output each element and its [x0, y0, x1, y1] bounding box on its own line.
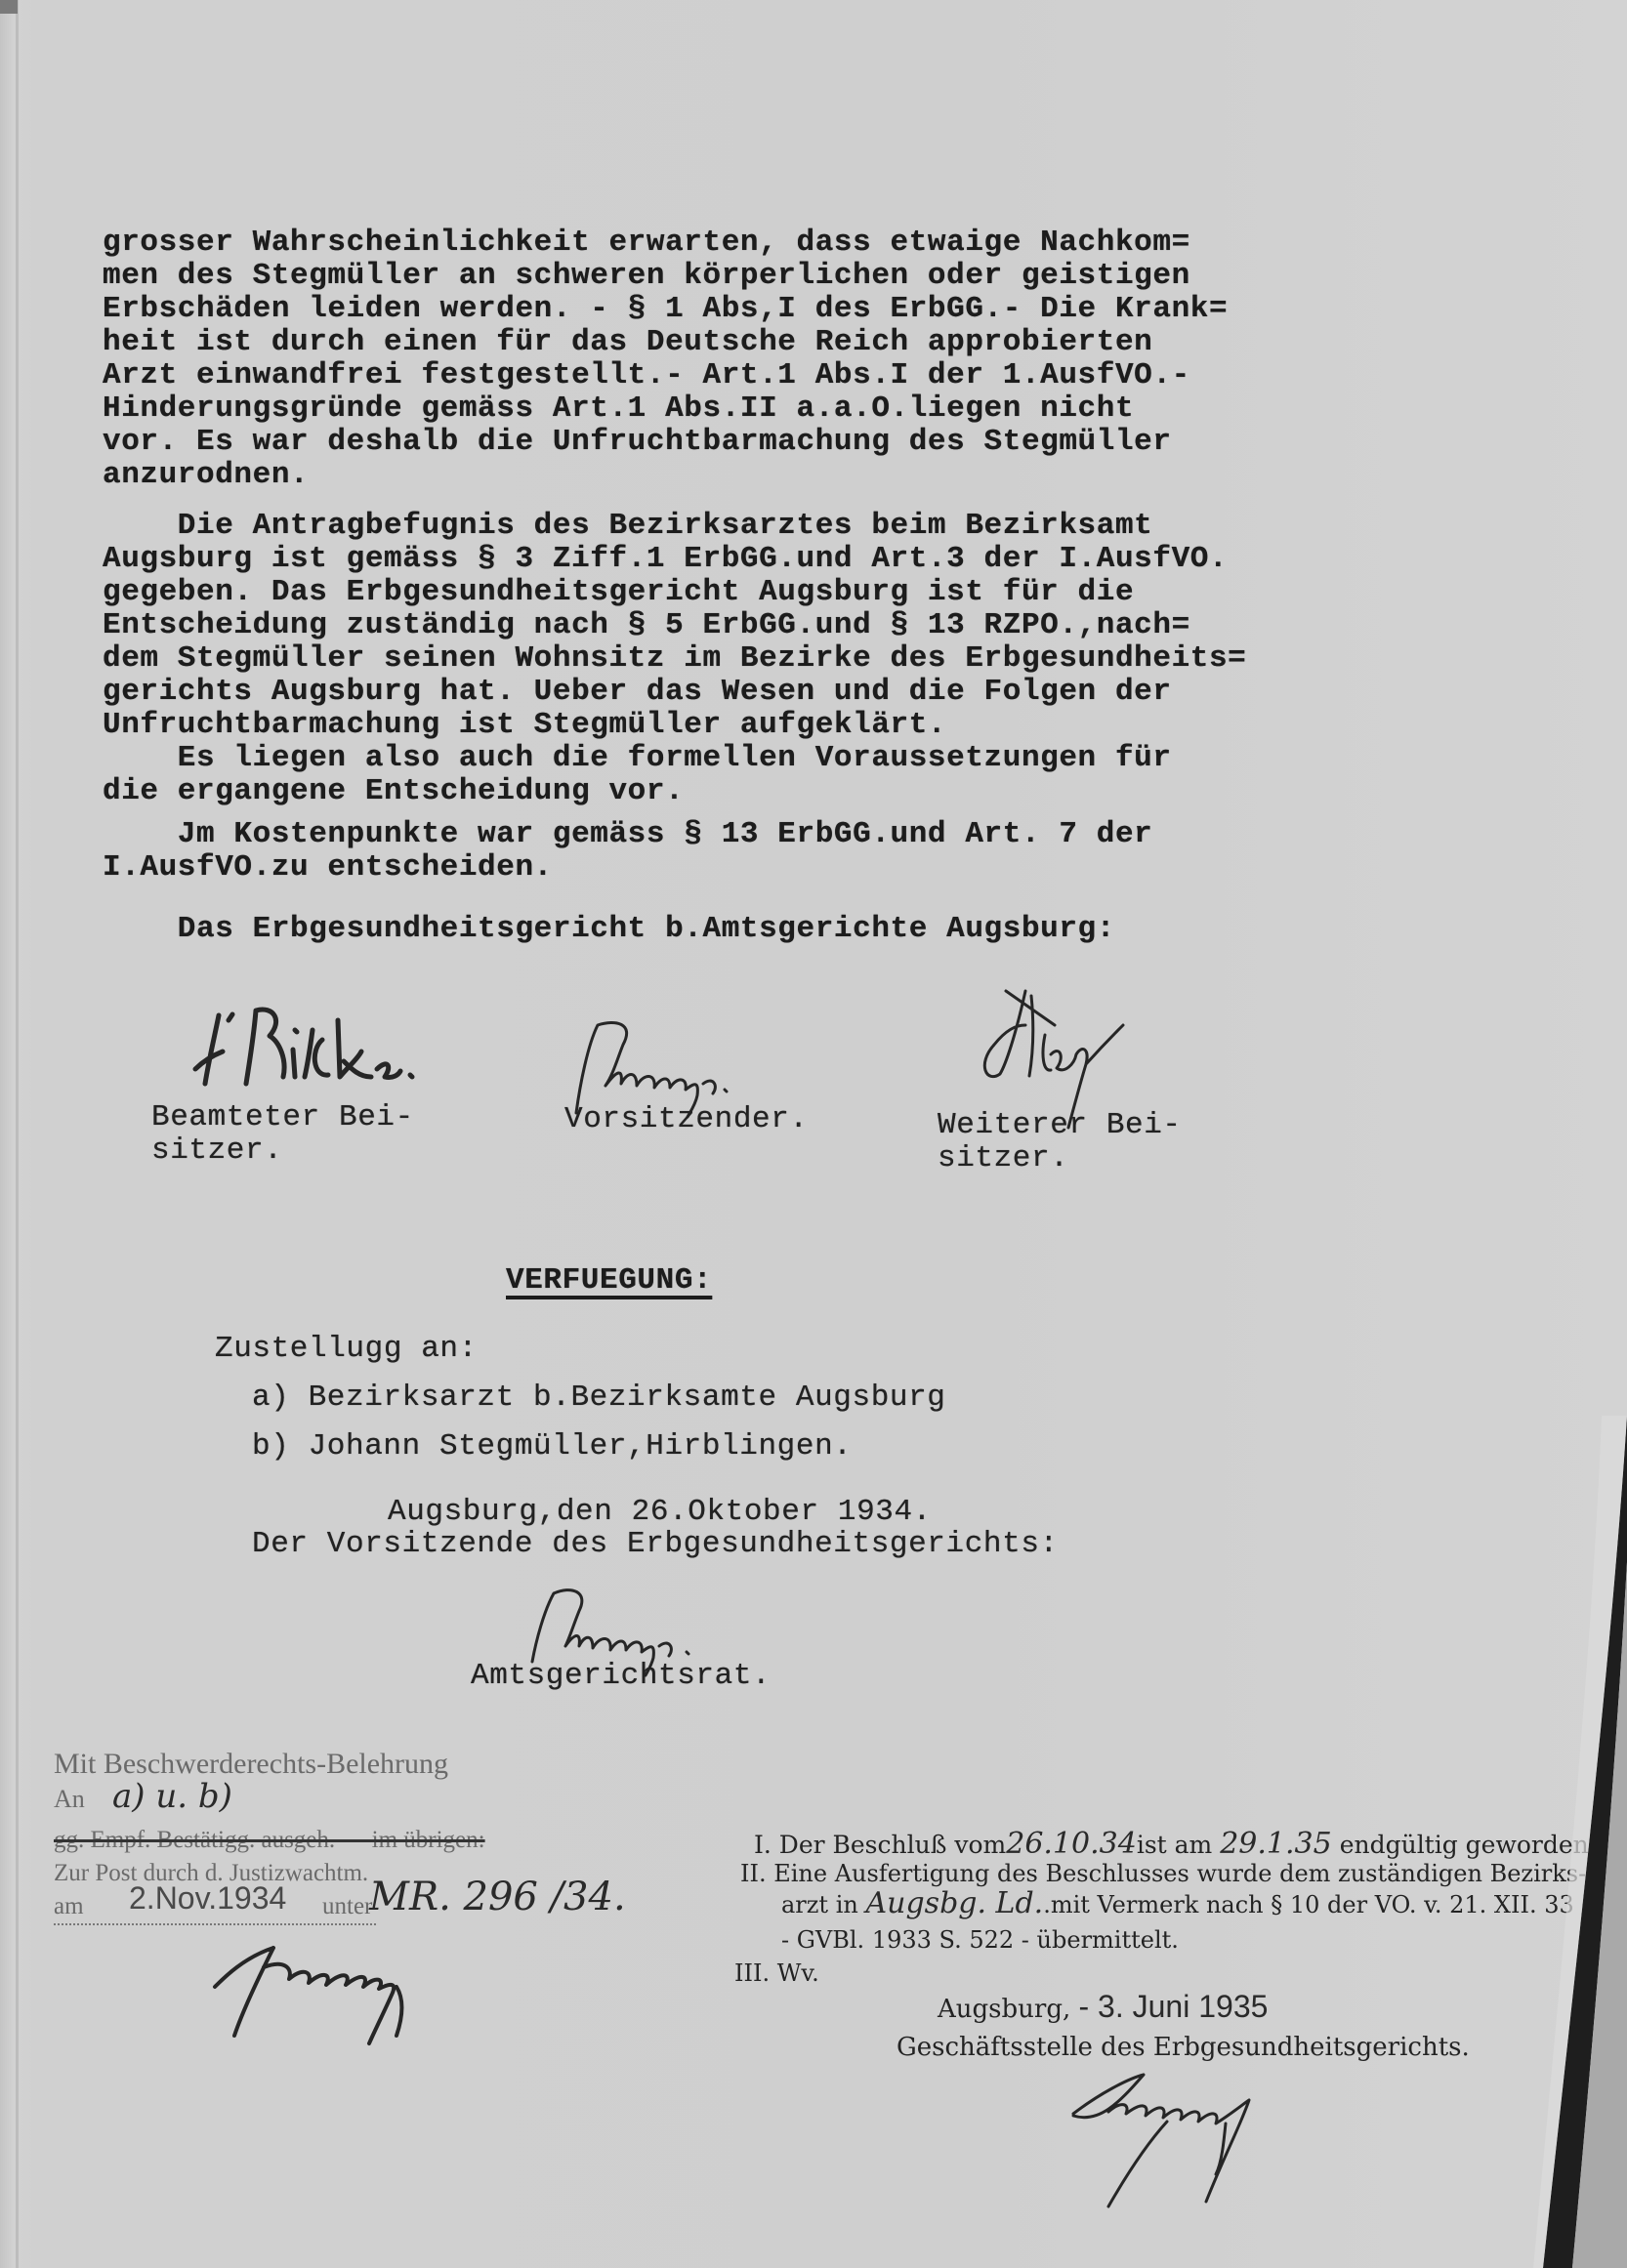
decision-date: Augsburg,den 26.Oktober 1934. [388, 1496, 932, 1529]
signature-ammann-verfuegung [522, 1582, 757, 1670]
signer-line: Der Vorsitzende des Erbgesundheitsgerich… [252, 1528, 1059, 1561]
text-line: Entscheidung zuständig nach § 5 ErbGG.un… [103, 609, 1190, 642]
document-page: grosser Wahrscheinlichkeit erwarten, das… [0, 0, 1627, 2268]
text-line: Jm Kostenpunkte war gemäss § 13 ErbGG.un… [103, 818, 1152, 851]
line-II-b-prefix: arzt in [781, 1891, 858, 1918]
signatory-role: Vorsitzender. [564, 1103, 809, 1136]
date-stamp: - 3. Juni 1935 [1079, 1989, 1269, 2024]
line-II-b-suffix: .mit Vermerk nach § 10 der VO. v. 21. XI… [1043, 1891, 1574, 1918]
scan-corner-mark [0, 0, 18, 14]
text-line: Erbschäden leiden werden. - § 1 Abs,I de… [103, 293, 1228, 326]
court-designation: Das Erbgesundheitsgericht b.Amtsgerichte… [103, 913, 1115, 946]
text-line: die ergangene Entscheidung vor. [103, 775, 684, 808]
signatory-role: Beamteter Bei- [151, 1101, 414, 1134]
place-prefix: Augsburg, [938, 1995, 1070, 2024]
stamp-place: Augsburg, - 3. Juni 1935 [938, 1992, 1268, 2024]
text-line: gerichts Augsburg hat. Ueber das Wesen u… [103, 676, 1172, 709]
text-line: Unfruchtbarmachung ist Stegmüller aufgek… [103, 709, 946, 742]
handwritten-date: 26.10.34 [1006, 1827, 1137, 1861]
line-I-prefix: I. Der Beschluß vom [754, 1831, 1006, 1859]
text-line: men des Stegmüller an schweren körperlic… [103, 260, 1190, 293]
signatory-role: sitzer. [151, 1134, 282, 1168]
stamp-line-II-c: - GVBl. 1933 S. 522 - übermittelt. [781, 1925, 1179, 1955]
text-line: anzurodnen. [103, 459, 309, 492]
stamp-line: Mit Beschwerderechts-Belehrung [54, 1748, 448, 1781]
line-I-mid: ist am [1137, 1831, 1212, 1859]
text-line: heit ist durch einen für das Deutsche Re… [103, 326, 1152, 359]
stamp-unter-label: unter [322, 1890, 372, 1923]
signatory-role: Weiterer Bei- [938, 1109, 1182, 1142]
text-line: Augsburg ist gemäss § 3 Ziff.1 ErbGG.und… [103, 543, 1228, 576]
text-line: Hinderungsgründe gemäss Art.1 Abs.II a.a… [103, 392, 1134, 426]
handwritten-date: 29.1.35 [1220, 1827, 1332, 1861]
text-line: vor. Es war deshalb die Unfruchtbarmachu… [103, 426, 1172, 459]
stamp-line-I: I. Der Beschluß vom26.10.34ist am 29.1.3… [754, 1830, 1597, 1860]
handwritten-location: Augsbg. Ld. [865, 1886, 1043, 1920]
zustellung-label: Zustellugg an: [215, 1333, 478, 1366]
stamp-struck-line: gg. Empf. Bestätigg. ausgeh. — im übrige… [54, 1824, 485, 1857]
verfuegung-heading: VERFUEGUNG: [506, 1264, 712, 1298]
stamp-line-II: II. Eine Ausfertigung des Beschlusses wu… [740, 1859, 1586, 1888]
text-line: grosser Wahrscheinlichkeit erwarten, das… [103, 227, 1190, 260]
stamp-an-label: An [54, 1783, 85, 1816]
text-line: Die Antragbefugnis des Bezirksarztes bei… [103, 510, 1152, 543]
text-line: gegeben. Das Erbgesundheitsgericht Augsb… [103, 576, 1134, 609]
line-I-suffix: endgültig geworden. [1340, 1831, 1597, 1859]
signature-reiche [186, 991, 439, 1098]
text-line: Es liegen also auch die formellen Voraus… [103, 742, 1172, 775]
register-number: MR. 296 /34. [369, 1875, 626, 1919]
stamp-line-II-b: arzt in Augsbg. Ld..mit Vermerk nach § 1… [781, 1889, 1574, 1919]
text-line: Arzt einwandfrei festgestellt.- Art.1 Ab… [103, 359, 1190, 392]
text-line: dem Stegmüller seinen Wohnsitz im Bezirk… [103, 642, 1246, 676]
recipient-item: a) Bezirksarzt b.Bezirksamte Augsburg [252, 1381, 946, 1415]
signature-clerk-right [1069, 2065, 1323, 2221]
signature-clerk-left [205, 1928, 459, 2045]
binding-edge [16, 0, 19, 2268]
signer-title: Amtsgerichtsrat. [471, 1660, 771, 1693]
stamp-office: Geschäftsstelle des Erbgesundheitsgerich… [897, 2033, 1470, 2062]
date-stamp: 2.Nov.1934 [129, 1880, 286, 1917]
text-line: I.AusfVO.zu entscheiden. [103, 851, 553, 885]
signatory-role: sitzer. [938, 1142, 1068, 1175]
handwritten-recipients: a) u. b) [112, 1777, 232, 1816]
recipient-item: b) Johann Stegmüller,Hirblingen. [252, 1430, 853, 1464]
stamp-line-III: III. Wv. [734, 1959, 819, 1988]
